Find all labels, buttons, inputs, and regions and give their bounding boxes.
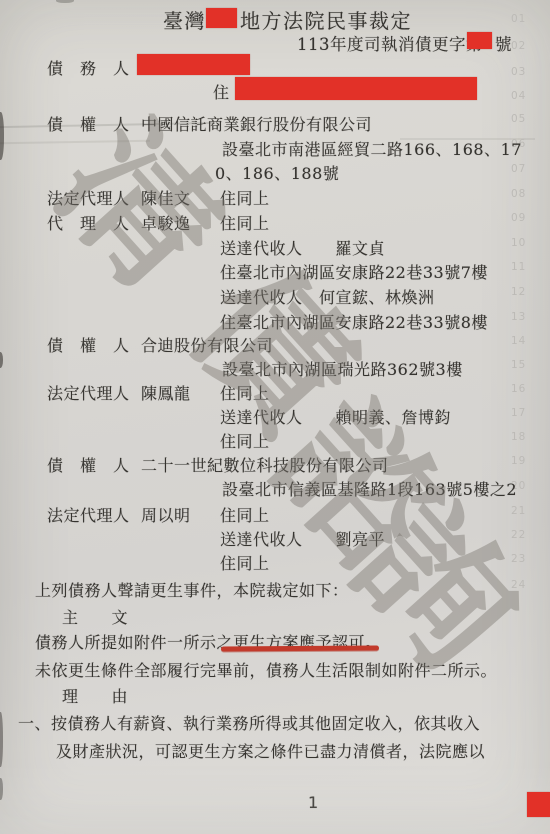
creditor2-legal-rep-name: 陳鳳龍 (141, 381, 191, 404)
creditor2-service-agent: 送達代收人 賴明義、詹博鈞 (220, 405, 451, 428)
creditor2-address: 設臺北市內湖區瑞光路362號3樓 (222, 357, 463, 380)
creditor3-service-agent-address: 住同上 (220, 551, 270, 574)
margin-line-number: 13 (511, 311, 526, 323)
margin-line-number: 19 (511, 455, 526, 467)
redaction-box-case-number (467, 32, 492, 49)
creditor1-address-line2: 0、186、188號 (215, 161, 339, 184)
creditor1-legal-rep-label: 法定代理人 (47, 186, 130, 209)
margin-line-number: 10 (511, 237, 526, 249)
debtor-label: 債 務 人 (47, 56, 130, 79)
margin-line-number: 02 (511, 40, 526, 52)
reasons-line2: 及財產狀況，可認更生方案之條件已盡力清償者，法院應以 (56, 739, 485, 762)
margin-line-number: 11 (511, 261, 526, 273)
creditor1-agent-residence: 住同上 (220, 211, 270, 234)
creditor2-label: 債 權 人 (47, 333, 130, 356)
court-title-suffix: 地方法院民事裁定 (240, 5, 412, 34)
creditor1-label: 債 權 人 (47, 112, 130, 135)
court-title-prefix: 臺灣 (163, 5, 206, 34)
scan-light-band (0, 764, 550, 834)
page-number: 1 (308, 793, 319, 812)
creditor1-service-agent2-address: 住臺北市內湖區安康路22巷33號8樓 (220, 310, 488, 333)
margin-line-number: 23 (511, 553, 526, 565)
margin-line-number: 18 (511, 431, 526, 443)
margin-line-number: 24 (511, 579, 526, 591)
paper-crease (0, 140, 150, 144)
margin-line-number: 01 (511, 13, 526, 25)
main-text-line2: 未依更生條件全部履行完畢前，債務人生活限制如附件二所示。 (35, 658, 497, 681)
margin-line-number: 17 (511, 407, 526, 419)
scan-edge-smudge (0, 112, 4, 160)
margin-line-number: 08 (511, 188, 526, 200)
creditor1-legal-rep-residence: 住同上 (220, 186, 270, 209)
creditor3-label: 債 權 人 (47, 453, 130, 476)
creditor2-legal-rep-residence: 住同上 (220, 381, 270, 404)
reasons-heading: 理 由 (62, 684, 128, 707)
margin-line-number: 16 (511, 383, 526, 395)
creditor3-legal-rep-residence: 住同上 (220, 503, 270, 526)
creditor3-legal-rep-name: 周以明 (141, 503, 191, 526)
margin-line-number: 03 (511, 66, 526, 78)
margin-line-number: 04 (511, 90, 526, 102)
creditor2-name: 合迪股份有限公司 (141, 333, 273, 356)
scan-edge-smudge (0, 712, 3, 767)
court-ruling-scan: 清 債 諮 詢 臺灣 地方法院民事裁定 113年度司執消債更字第 號 債 務 人… (0, 0, 550, 834)
margin-line-number: 21 (511, 505, 526, 517)
margin-line-number: 14 (511, 335, 526, 347)
creditor2-service-agent-address: 住同上 (220, 429, 270, 452)
margin-line-number: 07 (511, 163, 526, 175)
creditor1-agent-label: 代 理 人 (47, 211, 130, 234)
creditor3-legal-rep-label: 法定代理人 (47, 503, 130, 526)
creditor1-agent-name: 卓駿逸 (141, 211, 191, 234)
redaction-box-corner (527, 792, 550, 817)
margin-line-number: 09 (511, 212, 526, 224)
creditor1-service-agent1: 送達代收人 羅文貞 (220, 236, 385, 259)
creditor1-service-agent1-address: 住臺北市內湖區安康路22巷33號7樓 (220, 260, 488, 283)
scan-edge-smudge (0, 352, 3, 368)
redaction-box-debtor-address (235, 77, 477, 100)
creditor1-address-line1: 設臺北市南港區經貿二路166、168、17 (222, 137, 522, 160)
creditor3-name: 二十一世紀數位科技股份有限公司 (141, 453, 389, 476)
creditor1-legal-rep-name: 陳佳文 (141, 186, 191, 209)
creditor1-name: 中國信託商業銀行股份有限公司 (141, 112, 372, 135)
redaction-box-court-name (206, 8, 237, 28)
redaction-box-debtor-name (137, 54, 250, 75)
main-text-heading: 主 文 (62, 605, 128, 628)
case-number-prefix: 113年度司執消債更字第 (297, 31, 483, 55)
case-number-suffix: 號 (495, 31, 512, 55)
margin-line-number: 12 (511, 286, 526, 298)
margin-line-number: 15 (511, 359, 526, 371)
margin-line-number: 22 (511, 529, 526, 541)
creditor1-service-agent2: 送達代收人 何宣鋐、林煥洲 (220, 285, 435, 308)
ruling-intro: 上列債務人聲請更生事件，本院裁定如下： (35, 578, 349, 601)
creditor2-legal-rep-label: 法定代理人 (47, 381, 130, 404)
creditor3-service-agent: 送達代收人 劉亮平 (220, 527, 385, 550)
margin-line-number: 05 (511, 113, 526, 125)
creditor3-address: 設臺北市信義區基隆路1段163號5樓之2 (222, 477, 517, 500)
reasons-line1: 一、按債務人有薪資、執行業務所得或其他固定收入，依其收入 (18, 711, 480, 734)
scan-edge-smudge (56, 0, 74, 3)
debtor-residence-label: 住 (213, 80, 230, 103)
red-underline-annotation (221, 646, 379, 651)
